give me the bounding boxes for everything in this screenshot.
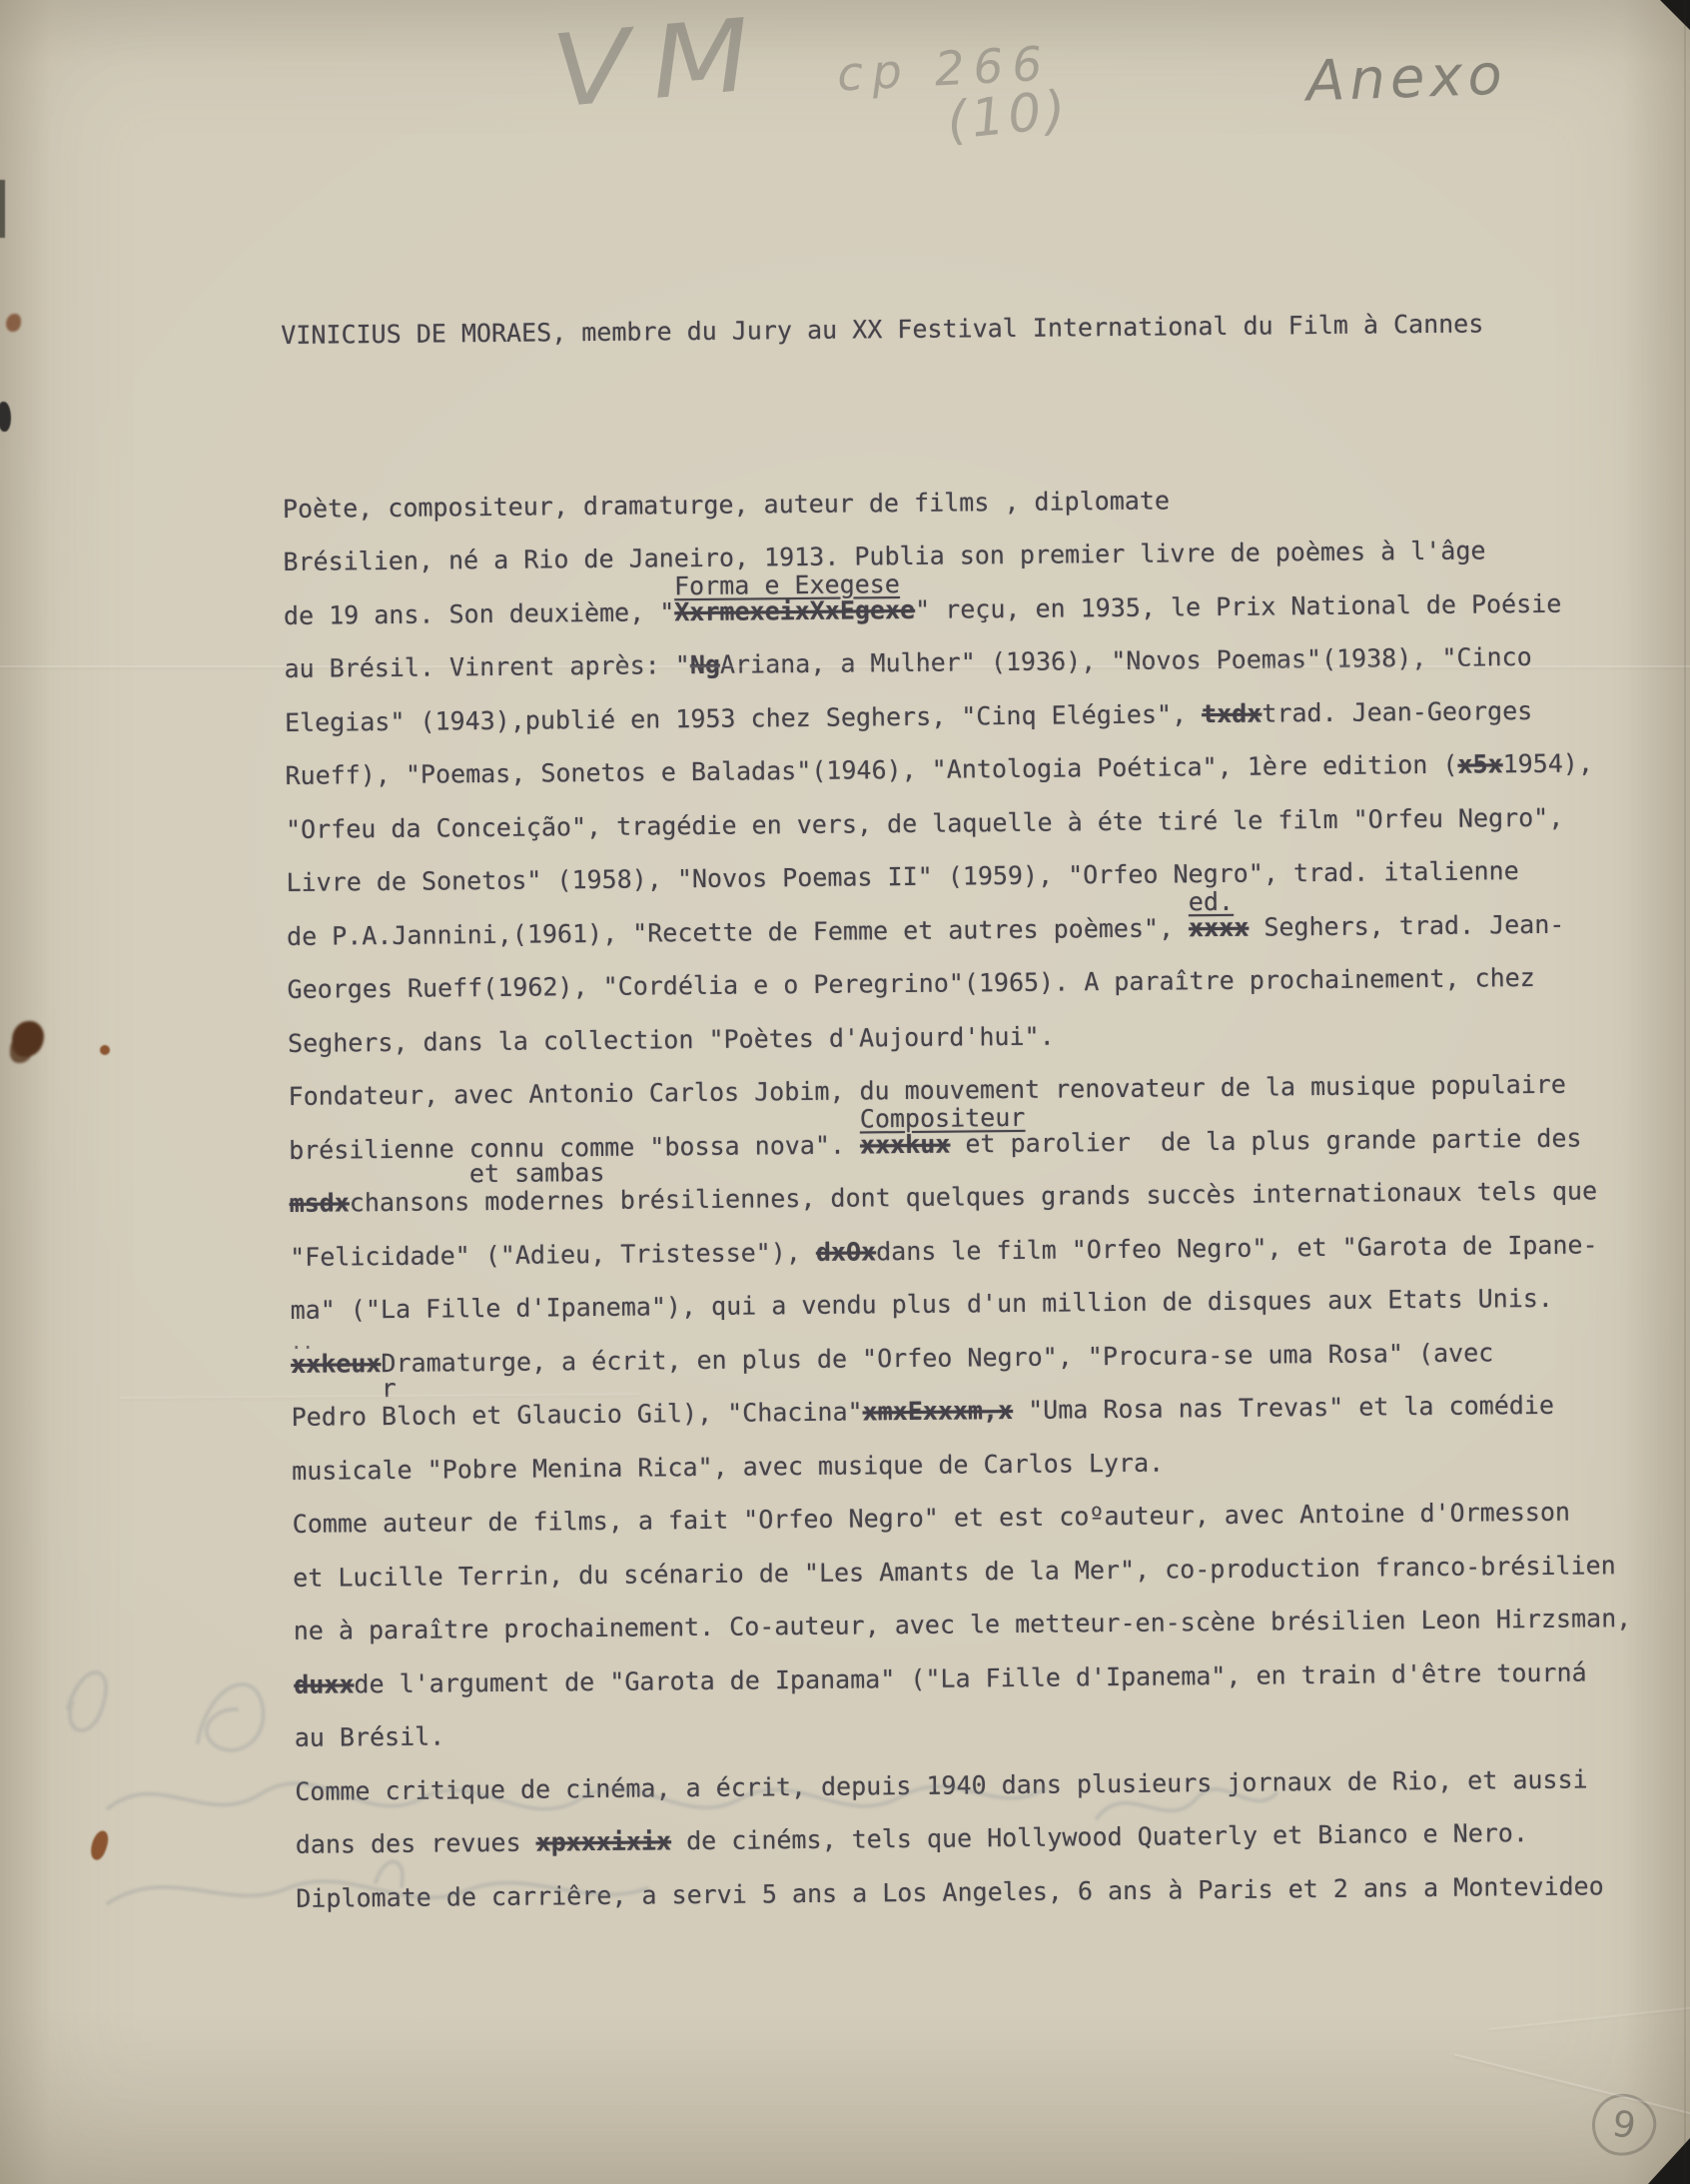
typed-text: Diplomate de carriêre, a servi 5 ans a L… [296, 1871, 1604, 1913]
paper-crease-bottom-right [1454, 2053, 1690, 2120]
typed-text: Pedro Bloch et Glaucio Gil), "Chacina" [292, 1397, 863, 1431]
typed-text: trad. Jean-Georges [1262, 695, 1532, 727]
typed-text: de P.A.Jannini,(1961), "Recette de Femme… [287, 913, 1189, 951]
typed-text: " reçu, en 1935, le Prix National de Poé… [915, 588, 1561, 623]
typed-text: dans le film "Orfeo Negro", et "Garota d… [876, 1230, 1598, 1266]
typed-text: dans des revues [296, 1828, 536, 1859]
struck-out-text: duxx [294, 1669, 354, 1699]
typed-text: Comme auteur de films, a fait "Orfeo Neg… [293, 1498, 1571, 1539]
struck-out-text: xxxx [1189, 912, 1249, 942]
stain-small-top-left [6, 314, 21, 332]
typed-text: au Brésil. Vinrent après: " [284, 650, 690, 683]
typed-text: "Orfeu da Conceição", tragédie en vers, … [286, 802, 1564, 843]
typed-text: Ariana, a Mulher" (1936), "Novos Poemas"… [720, 642, 1532, 679]
pencil-anexo-note: Anexo [1305, 43, 1508, 115]
typed-text: ne à paraître prochainement. Co-auteur, … [294, 1604, 1632, 1645]
typed-text: brésilienne [289, 1134, 469, 1165]
struck-out-text: xxxkux [860, 1129, 951, 1159]
pencil-initials: VM [547, 0, 776, 131]
typed-text: Georges Rueff(1962), "Cordélia e o Pereg… [287, 963, 1534, 1004]
typed-text: "Uma Rosa nas Trevas" et la comédie [1013, 1391, 1554, 1425]
typed-text: au Brésil. [295, 1721, 445, 1751]
struck-out-text: xmxExxxm,x [862, 1396, 1013, 1426]
struck-out-text: Ng [690, 650, 720, 679]
typed-text: de l'argument de "Garota de Ipanama" ("L… [354, 1657, 1586, 1698]
typed-text: musicale "Pobre Menina Rica", avec musiq… [292, 1448, 1164, 1485]
typed-text: Comme critique de cinéma, a écrit, depui… [295, 1764, 1588, 1805]
struck-out-text: x5x [1457, 749, 1502, 778]
typed-text: de cinéms, tels que Hollywood Quaterly e… [671, 1818, 1528, 1855]
mark-left-edge-dark [0, 402, 11, 432]
corner-shadow-top-right [1660, 0, 1690, 30]
typed-lines: Poète, compositeur, dramaturge, auteur d… [283, 470, 1634, 1925]
pencil-archive-code: cp 266 [836, 36, 1053, 102]
stain-brown-dot [100, 1045, 110, 1055]
typed-text: Dramaturge, a écrit, en plus de "Orfeo N… [381, 1338, 1493, 1378]
left-edge-scan-mark [0, 180, 5, 238]
struck-out-text: dxOx [816, 1237, 876, 1267]
scan-edge-line [1684, 0, 1686, 2184]
typed-text: Seghers, trad. Jean- [1249, 909, 1564, 941]
stain-brown-large [12, 1021, 44, 1057]
document-title: VINICIUS DE MORAES, membre du Jury au XX… [281, 296, 1619, 362]
corner-shadow-bottom-right [1648, 2138, 1690, 2184]
struck-out-text: msdx [289, 1188, 349, 1218]
stain-brown-bottom [88, 1828, 112, 1861]
typed-text: Poète, compositeur, dramaturge, auteur d… [283, 486, 1170, 524]
typed-text: et Lucille Terrin, du scénario de "Les A… [293, 1551, 1616, 1593]
typed-text: Seghers, dans la collection "Poètes d'Au… [288, 1021, 1055, 1057]
typed-text: de 19 ans. Son deuxième, " [284, 597, 675, 630]
page-number: 9 [1609, 2103, 1638, 2147]
typed-text: ma" ("La Fille d'Ipanema"), qui a vendu … [291, 1284, 1554, 1325]
typed-text: et parolier de la plus grande partie des [950, 1123, 1581, 1158]
typed-document: VINICIUS DE MORAES, membre du Jury au XX… [280, 189, 1635, 1978]
typed-text: 1954), [1502, 748, 1593, 778]
struck-out-text: txdx [1202, 698, 1262, 728]
struck-out-text: xpxxxixix [535, 1826, 671, 1856]
page-number-circled: 9 [1588, 2089, 1661, 2160]
typed-text: Elegias" (1943),publié en 1953 chez Segh… [285, 699, 1202, 737]
typed-text: "Felicidade" ("Adieu, Tristesse"), [290, 1237, 816, 1271]
typed-text: Livre de Sonetos" (1958), "Novos Poemas … [286, 856, 1518, 897]
paper-crease-bottom-right-2 [1489, 2004, 1690, 2030]
typed-text: Rueff), "Poemas, Sonetos e Baladas"(1946… [285, 750, 1457, 790]
pencil-sub-number: (10) [944, 80, 1072, 153]
